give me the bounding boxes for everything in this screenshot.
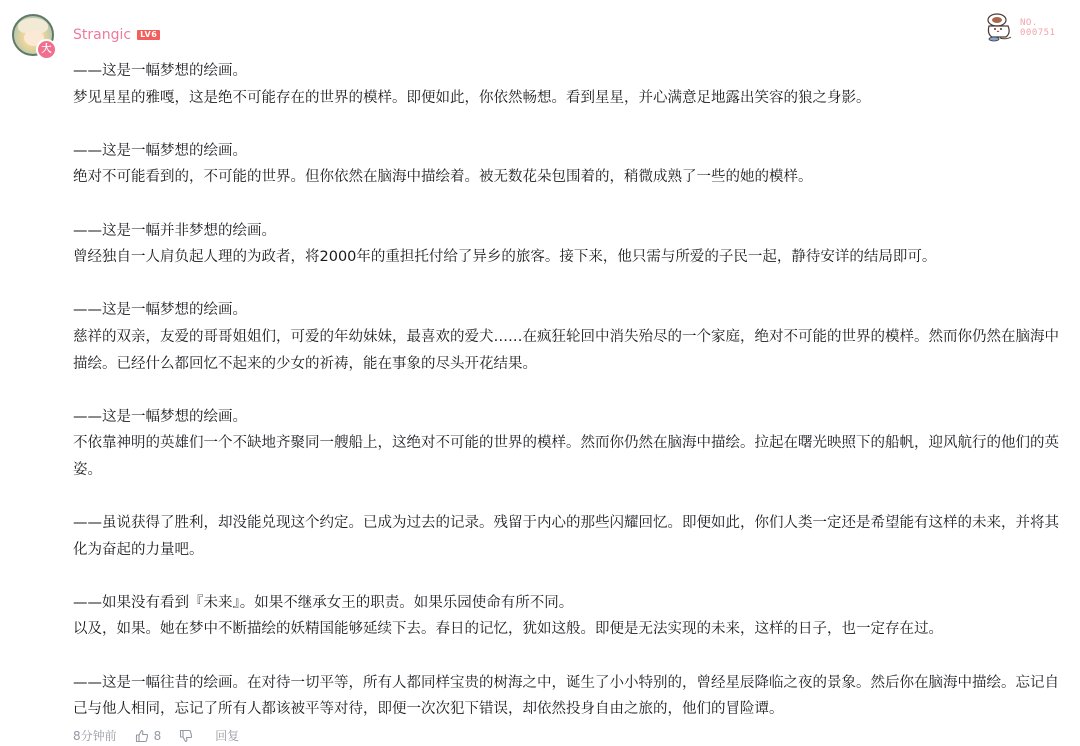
user-avatar[interactable]: 大 [12,14,54,56]
like-button[interactable]: 8 [135,729,162,743]
paragraph-line: ——这是一幅梦想的绘画。 [73,58,1063,85]
level-badge: LV6 [137,30,160,40]
reply-button[interactable]: 回复 [215,727,239,744]
paragraph-line: ——这是一幅往昔的绘画。在对待一切平等，所有人都同样宝贵的树海之中，诞生了小小特… [73,670,1063,723]
paragraph-line: ——这是一幅梦想的绘画。 [73,404,1063,431]
paragraph-line: 曾经独自一人肩负起人理的为政者，将2000年的重担托付给了异乡的旅客。接下来，他… [73,244,1063,271]
fan-badge[interactable]: NO. 000751 [984,12,1056,44]
paragraph-line: ——如果没有看到『未来』。如果不继承女王的职责。如果乐园使命有所不同。 [73,590,1063,617]
paragraph: ——这是一幅往昔的绘画。在对待一切平等，所有人都同样宝贵的树海之中，诞生了小小特… [73,670,1063,723]
username[interactable]: Strangic [73,27,131,43]
paragraph: ——如果没有看到『未来』。如果不继承女王的职责。如果乐园使命有所不同。 以及，如… [73,590,1063,643]
paragraph: ——虽说获得了胜利，却没能兑现这个约定。已成为过去的记录。残留于内心的那些闪耀回… [73,510,1063,563]
paragraph-line: ——虽说获得了胜利，却没能兑现这个约定。已成为过去的记录。残留于内心的那些闪耀回… [73,510,1063,563]
avatar-badge: 大 [36,39,57,60]
comment-footer: 8分钟前 8 回复 [73,727,239,744]
fan-number-value: 000751 [1020,28,1056,38]
comment-time: 8分钟前 [73,727,117,744]
paragraph-line: ——这是一幅梦想的绘画。 [73,138,1063,165]
paragraph-line: ——这是一幅并非梦想的绘画。 [73,218,1063,245]
paragraph-line: ——这是一幅梦想的绘画。 [73,297,1063,324]
thumbs-down-icon [179,729,193,743]
paragraph-line: 梦见星星的雅嘎，这是绝不可能存在的世界的模样。即便如此，你依然畅想。看到星星，并… [73,85,1063,112]
dislike-button[interactable] [179,729,193,743]
paragraph: ——这是一幅梦想的绘画。 不依靠神明的英雄们一个不缺地齐聚同一艘船上，这绝对不可… [73,404,1063,484]
thumbs-up-icon [135,729,149,743]
paragraph-line: 不依靠神明的英雄们一个不缺地齐聚同一艘船上，这绝对不可能的世界的模样。然而你仍然… [73,430,1063,483]
paragraph-line: 慈祥的双亲，友爱的哥哥姐姐们，可爱的年幼妹妹，最喜欢的爱犬……在疯狂轮回中消失殆… [73,324,1063,377]
paragraph: ——这是一幅梦想的绘画。 梦见星星的雅嘎，这是绝不可能存在的世界的模样。即便如此… [73,58,1063,111]
fan-number: NO. 000751 [1020,18,1056,38]
paragraph: ——这是一幅梦想的绘画。 绝对不可能看到的，不可能的世界。但你依然在脑海中描绘着… [73,138,1063,191]
paragraph: ——这是一幅梦想的绘画。 慈祥的双亲，友爱的哥哥姐姐们，可爱的年幼妹妹，最喜欢的… [73,297,1063,377]
paragraph: ——这是一幅并非梦想的绘画。 曾经独自一人肩负起人理的为政者，将2000年的重担… [73,218,1063,271]
paragraph-line: 绝对不可能看到的，不可能的世界。但你依然在脑海中描绘着。被无数花朵包围着的，稍微… [73,164,1063,191]
fan-number-label: NO. [1020,18,1056,28]
paragraph-line: 以及，如果。她在梦中不断描绘的妖精国能够延续下去。春日的记忆，犹如这般。即便是无… [73,616,1063,643]
comment-body: ——这是一幅梦想的绘画。 梦见星星的雅嘎，这是绝不可能存在的世界的模样。即便如此… [73,58,1063,746]
comment-header: Strangic LV6 [73,27,160,43]
fan-mascot-icon [984,12,1014,44]
like-count: 8 [154,729,162,743]
